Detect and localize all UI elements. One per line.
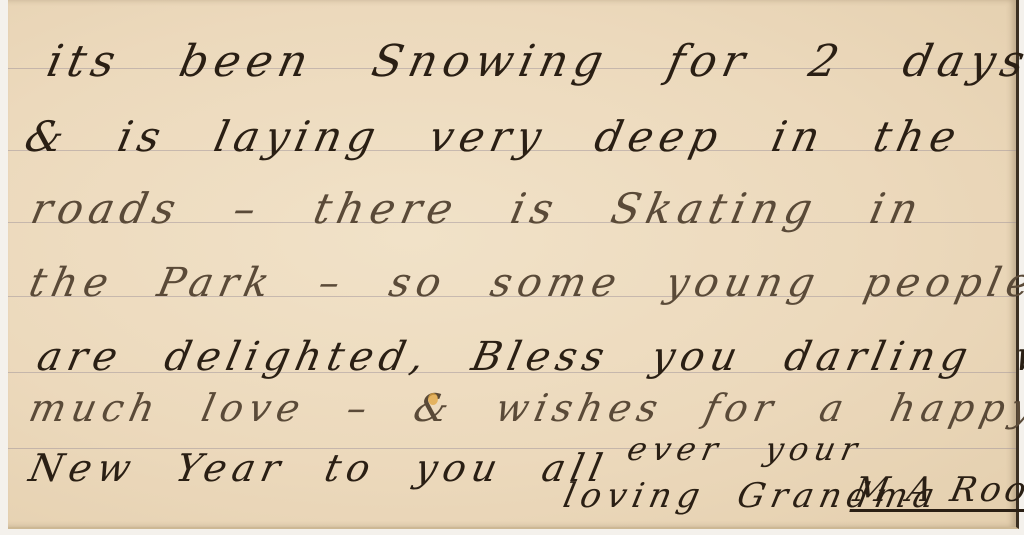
closing-ever-your: ever your [624,430,867,468]
signature: M A Rood [850,470,1024,510]
ink-stain [428,393,438,405]
letter-line-5: are delighted, Bless you darling with [33,334,1024,380]
letter-line-4: the Park – so some young people [25,260,1024,306]
letter-line-1: its been Snowing for 2 days [43,36,1024,87]
letter-paper: its been Snowing for 2 days & is laying … [8,0,1019,529]
letter-line-6: much love – & wishes for a happy [25,386,1024,430]
letter-line-2: & is laying very deep in the [21,112,967,161]
letter-line-3: roads – there is Skating in [27,184,929,233]
letter-line-7: New Year to you all [25,446,612,490]
